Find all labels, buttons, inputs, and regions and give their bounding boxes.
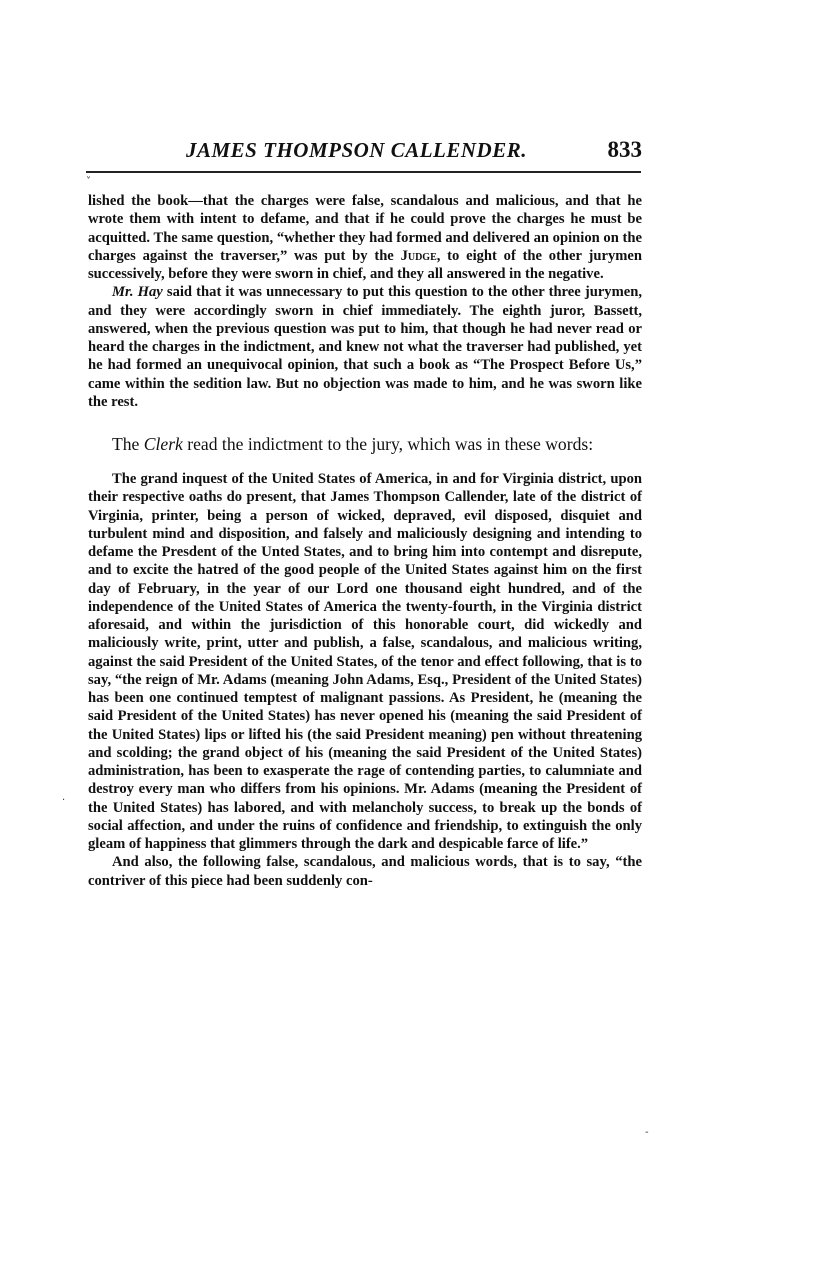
header-rule — [86, 171, 641, 173]
page-number: 833 — [608, 137, 643, 163]
book-page: JAMES THOMPSON CALLENDER. 833 lished the… — [88, 138, 642, 166]
running-title: JAMES THOMPSON CALLENDER. — [186, 138, 527, 163]
paragraph-also: And also, the following false, scandalou… — [88, 853, 642, 890]
paragraph-clerk-reads: The Clerk read the indictment to the jur… — [88, 433, 642, 456]
scan-dot: . — [62, 792, 65, 803]
body-text: lished the book—that the charges were fa… — [88, 192, 642, 890]
scan-mark: ˅ — [86, 176, 91, 187]
clerk-term: Clerk — [144, 434, 183, 454]
paragraph-text: said that it was unnecessary to put this… — [88, 284, 642, 410]
paragraph-mr-hay: Mr. Hay said that it was unnecessary to … — [88, 283, 642, 411]
paragraph-continuation: lished the book—that the charges were fa… — [88, 192, 642, 283]
judge-term: Judge — [401, 248, 437, 264]
running-head: JAMES THOMPSON CALLENDER. 833 — [88, 138, 642, 166]
scan-mark: - — [645, 1127, 649, 1138]
speaker-name: Mr. Hay — [112, 284, 163, 300]
paragraph-indictment: The grand inquest of the United States o… — [88, 470, 642, 853]
paragraph-text: The — [112, 434, 144, 454]
paragraph-text: read the indictment to the jury, which w… — [183, 434, 593, 454]
